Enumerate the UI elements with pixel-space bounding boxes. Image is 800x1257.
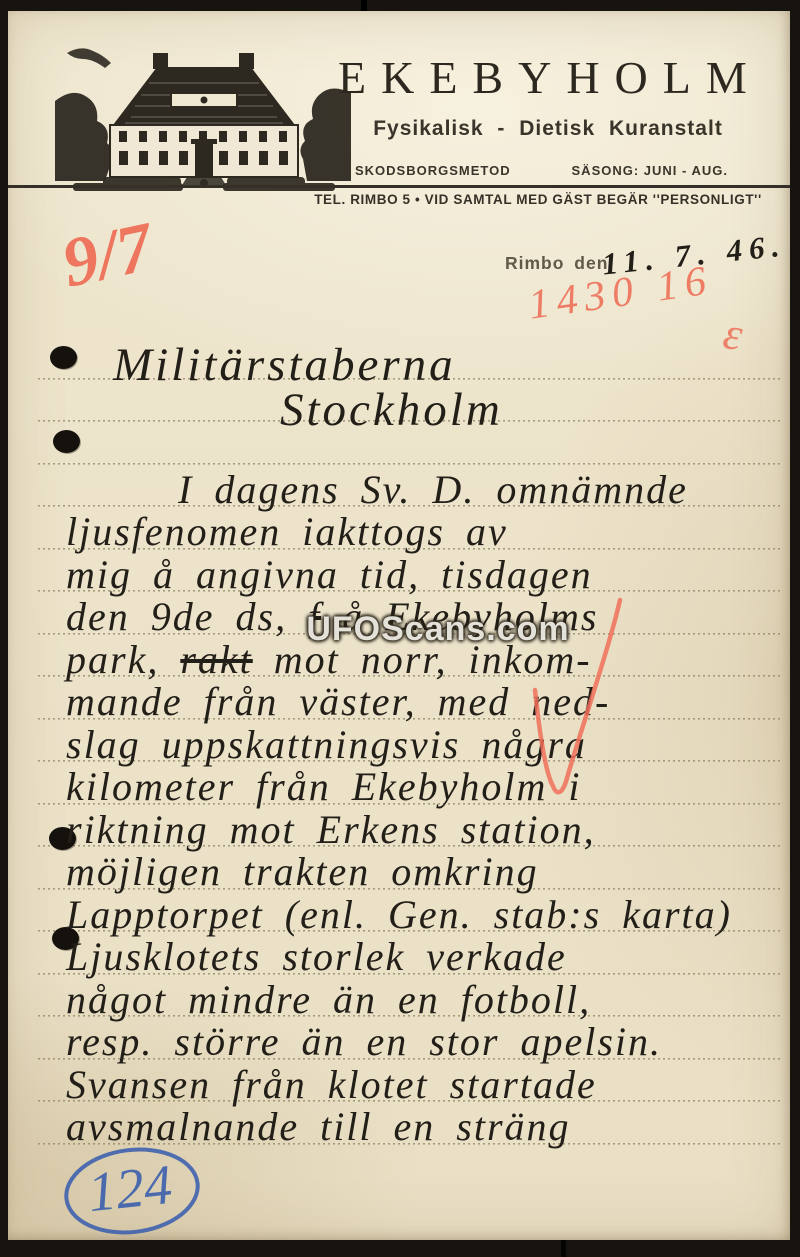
date-printed-label: Rimbo den <box>505 253 608 274</box>
body-line: något mindre än en fotboll, <box>66 979 591 1021</box>
letterhead-rule <box>8 185 790 188</box>
letterhead-subtitle: Fysikalisk - Dietisk Kuranstalt <box>338 117 758 141</box>
hole-punch <box>53 430 80 453</box>
recipient-line: Militärstaberna <box>113 341 456 390</box>
watermark: UFOScans.com <box>248 610 628 649</box>
body-line: möjligen trakten omkring <box>66 851 539 893</box>
body-line: Lapptorpet (enl. Gen. stab:s karta) <box>66 894 732 936</box>
body-line: kilometer från Ekebyholm i <box>66 766 582 808</box>
hole-punch <box>50 346 77 369</box>
body-line: I dagens Sv. D. omnämnde <box>178 469 688 511</box>
manor-illustration <box>53 31 353 191</box>
red-annotation-flourish: ε <box>720 306 747 361</box>
scanned-letter: EKEBYHOLM Fysikalisk - Dietisk Kuranstal… <box>0 0 800 1257</box>
letterhead-contact: TEL. RIMBO 5 • VID SAMTAL MED GÄST BEGÄR… <box>308 192 768 207</box>
body-line: Ljusklotets storlek verkade <box>66 936 567 978</box>
struck-word: rakt <box>180 637 252 682</box>
letterhead-method: SKODSBORGSMETOD <box>355 163 511 178</box>
red-annotation-date: 9/7 <box>56 208 160 305</box>
body-line: ljusfenomen iakttogs av <box>66 511 508 553</box>
ruled-line <box>38 463 782 465</box>
letter-page: EKEBYHOLM Fysikalisk - Dietisk Kuranstal… <box>8 11 790 1240</box>
blue-page-number: 124 <box>71 1151 189 1226</box>
body-line: slag uppskattningsvis några <box>66 724 587 766</box>
letterhead-name: EKEBYHOLM <box>338 51 758 104</box>
scan-seam-bottom <box>561 1240 566 1257</box>
body-line: riktning mot Erkens station, <box>66 809 596 851</box>
body-line: Svansen från klotet startade <box>66 1064 597 1106</box>
letterhead-season: SÄSONG: JUNI - AUG. <box>572 163 728 178</box>
body-line: resp. större än en stor apelsin. <box>66 1021 662 1063</box>
recipient-line: Stockholm <box>280 386 503 435</box>
